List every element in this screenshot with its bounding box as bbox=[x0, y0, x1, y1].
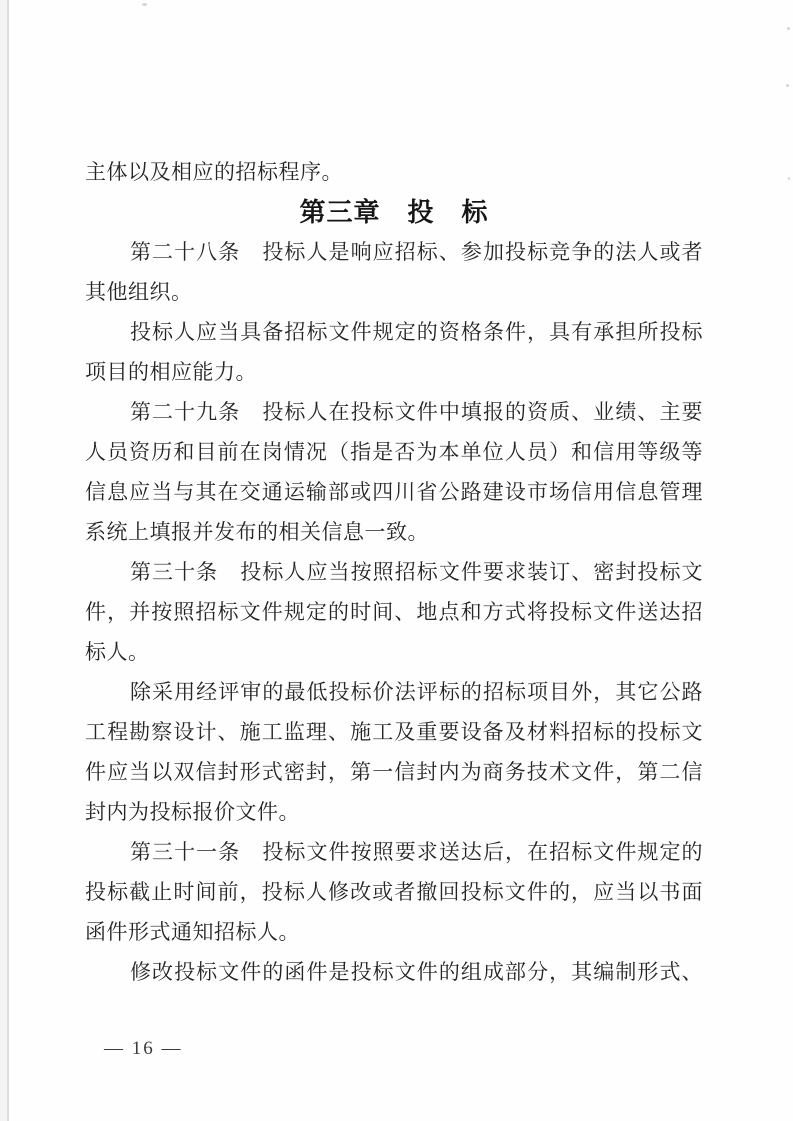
page-number: — 16 — bbox=[104, 1036, 183, 1062]
body-line: 除采用经评审的最低投标价法评标的招标项目外，其它公路 bbox=[85, 672, 703, 712]
body-line: 第二十八条 投标人是响应招标、参加投标竞争的法人或者 bbox=[85, 232, 703, 272]
scan-edge-line bbox=[7, 0, 9, 1121]
scan-speck bbox=[142, 3, 147, 6]
body-line: 第三十条 投标人应当按照招标文件要求装订、密封投标文 bbox=[85, 552, 703, 592]
body-line: 第二十九条 投标人在投标文件中填报的资质、业绩、主要 bbox=[85, 392, 703, 432]
scan-speck bbox=[786, 84, 789, 87]
body-line: 其他组织。 bbox=[85, 272, 703, 312]
body-line: 人员资历和目前在岗情况（指是否为本单位人员）和信用等级等 bbox=[85, 432, 703, 472]
body-line: 信息应当与其在交通运输部或四川省公路建设市场信用信息管理 bbox=[85, 472, 703, 512]
body-line: 投标人应当具备招标文件规定的资格条件，具有承担所投标 bbox=[85, 312, 703, 352]
body-line: 第三十一条 投标文件按照要求送达后，在招标文件规定的 bbox=[85, 832, 703, 872]
body-line: 投标截止时间前，投标人修改或者撤回投标文件的，应当以书面 bbox=[85, 872, 703, 912]
body-line: 件应当以双信封形式密封，第一信封内为商务技术文件，第二信 bbox=[85, 752, 703, 792]
body-line: 系统上填报并发布的相关信息一致。 bbox=[85, 512, 703, 552]
chapter-heading: 第三章 投 标 bbox=[85, 192, 703, 232]
body-line: 封内为投标报价文件。 bbox=[85, 792, 703, 832]
scan-speck bbox=[788, 177, 790, 180]
body-line: 函件形式通知招标人。 bbox=[85, 912, 703, 952]
body-line: 标人。 bbox=[85, 632, 703, 672]
scanned-document-page: 主体以及相应的招标程序。 第三章 投 标 第二十八条 投标人是响应招标、参加投标… bbox=[0, 0, 793, 1121]
body-line: 工程勘察设计、施工监理、施工及重要设备及材料招标的投标文 bbox=[85, 712, 703, 752]
body-line: 修改投标文件的函件是投标文件的组成部分，其编制形式、 bbox=[85, 952, 703, 992]
body-line: 主体以及相应的招标程序。 bbox=[85, 152, 703, 192]
body-line: 项目的相应能力。 bbox=[85, 352, 703, 392]
scan-edge-strip bbox=[0, 0, 7, 1121]
body-line: 件，并按照招标文件规定的时间、地点和方式将投标文件送达招 bbox=[85, 592, 703, 632]
scan-speck bbox=[787, 27, 790, 30]
document-body: 主体以及相应的招标程序。 第三章 投 标 第二十八条 投标人是响应招标、参加投标… bbox=[85, 152, 703, 992]
